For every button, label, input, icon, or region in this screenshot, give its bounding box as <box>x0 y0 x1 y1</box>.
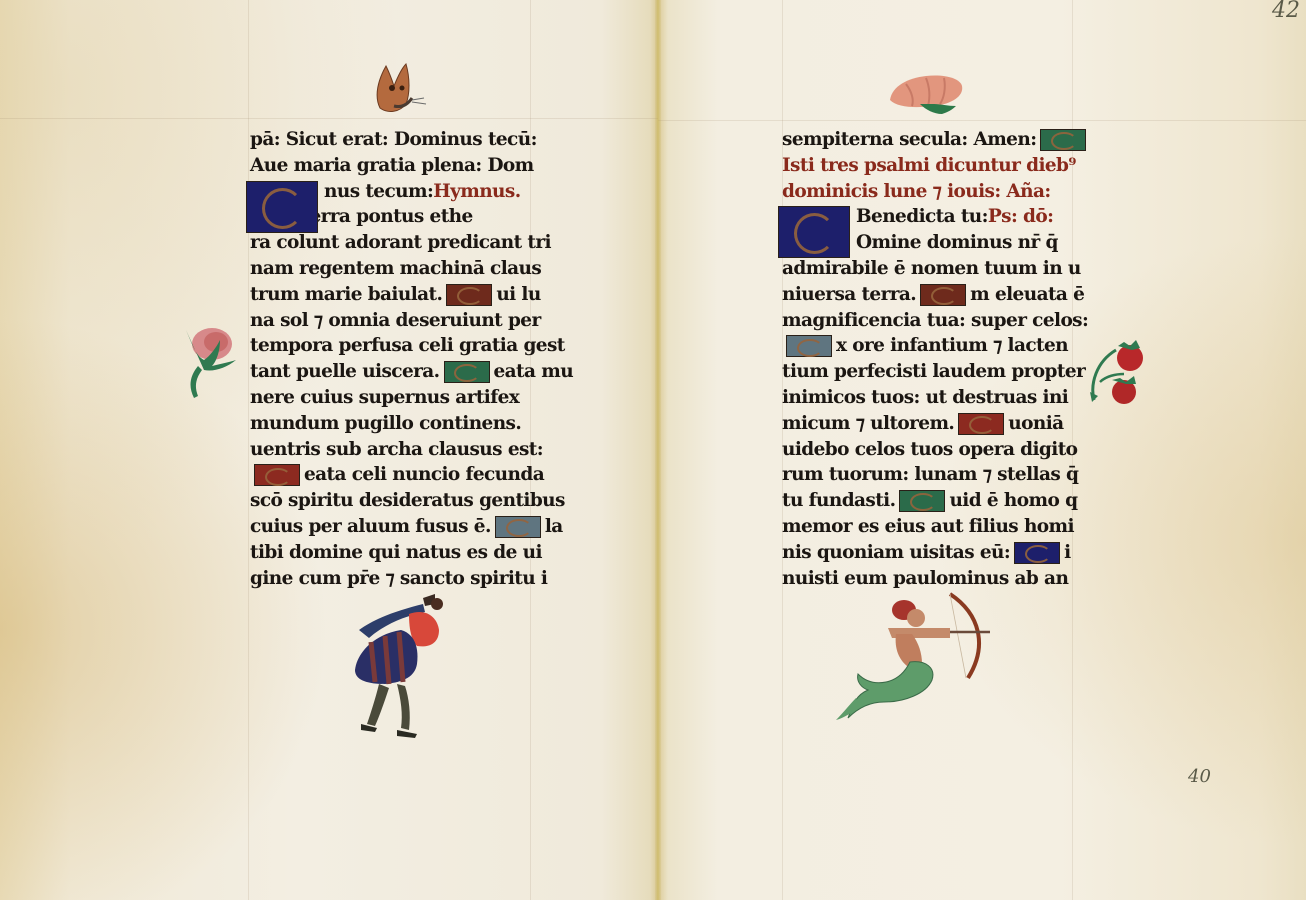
script-text: tempora perfusa celi gratia gest <box>250 333 565 359</box>
script-text: tu fundasti. <box>782 488 895 514</box>
script-text: uidebo celos tuos opera digito <box>782 437 1077 463</box>
gutter-fold <box>655 0 661 900</box>
script-text: la <box>545 514 563 540</box>
text-line: niuersa terra. m eleuata ē <box>782 282 1090 308</box>
manuscript-spread: pā: Sicut erat: Dominus tecū:Aue maria g… <box>0 0 1306 900</box>
script-text: magnificencia tua: super celos: <box>782 308 1088 334</box>
script-text: tant puelle uiscera. <box>250 359 440 385</box>
script-text: nuisti eum paulominus ab an <box>782 566 1068 592</box>
rose-flower-icon <box>886 70 966 118</box>
man-blowing-horn-icon <box>345 590 445 740</box>
illuminated-initial <box>446 284 492 306</box>
script-text: Aue maria gratia plena: Dom <box>250 153 534 179</box>
folio-number-top: 42 <box>1272 0 1300 23</box>
right-page: sempiterna secula: Amen: Isti tres psalm… <box>658 0 1306 900</box>
text-line: memor es eius aut filius homi <box>782 514 1090 540</box>
text-line: trum marie baiulat. ui lu <box>250 282 573 308</box>
text-line: nuisti eum paulominus ab an <box>782 566 1090 592</box>
script-text: sempiterna secula: Amen: <box>782 127 1036 153</box>
script-text: eata mu <box>494 359 574 385</box>
script-text: Omine dominus nr̄ q̄ <box>856 230 1058 256</box>
text-line: micum ⁊ ultorem. uoniā <box>782 411 1090 437</box>
script-text: m eleuata ē <box>970 282 1084 308</box>
butterfly-icon <box>372 58 432 116</box>
text-line: tu fundasti. uid ē homo q <box>782 488 1090 514</box>
text-line: tant puelle uiscera. eata mu <box>250 359 573 385</box>
script-text: tium perfecisti laudem propter <box>782 359 1085 385</box>
script-text: mundum pugillo continens. <box>250 411 521 437</box>
script-text: scō spiritu desideratus gentibus <box>250 488 565 514</box>
illuminated-initial <box>786 335 832 357</box>
text-line: admirabile ē nomen tuum in u <box>782 256 1090 282</box>
rubric-text: Isti tres psalmi dicuntur dieb⁹ <box>782 153 1076 179</box>
illuminated-initial <box>778 206 850 258</box>
rubric-text: Hymnus. <box>433 179 520 205</box>
text-line: dominicis lune ⁊ iouis: Aña: <box>782 179 1090 205</box>
text-line: cuius per aluum fusus ē. la <box>250 514 573 540</box>
text-line: mundum pugillo continens. <box>250 411 573 437</box>
script-text: ui lu <box>496 282 540 308</box>
script-text: rum tuorum: lunam ⁊ stellas q̄ <box>782 462 1078 488</box>
script-text: ra colunt adorant predicant tri <box>250 230 551 256</box>
script-text: nis quoniam uisitas eū: <box>782 540 1010 566</box>
script-text: niuersa terra. <box>782 282 916 308</box>
illuminated-initial <box>1040 129 1086 151</box>
script-text: na sol ⁊ omnia deseruiunt per <box>250 308 541 334</box>
script-text: admirabile ē nomen tuum in u <box>782 256 1081 282</box>
text-line: pā: Sicut erat: Dominus tecū: <box>250 127 573 153</box>
text-line: tempora perfusa celi gratia gest <box>250 333 573 359</box>
script-text: uoniā <box>1008 411 1063 437</box>
script-text: micum ⁊ ultorem. <box>782 411 954 437</box>
text-line: eata celi nuncio fecunda <box>250 462 573 488</box>
script-text: nus tecum: <box>324 179 433 205</box>
rubric-text: Ps: dō: <box>988 204 1054 230</box>
ruling-line <box>248 0 249 900</box>
script-text: nere cuius supernus artifex <box>250 385 519 411</box>
script-text: uid ē homo q <box>949 488 1077 514</box>
text-line: tium perfecisti laudem propter <box>782 359 1090 385</box>
text-line: gine cum pr̄e ⁊ sancto spiritu i <box>250 566 573 592</box>
script-text: cuius per aluum fusus ē. <box>250 514 491 540</box>
text-line: Isti tres psalmi dicuntur dieb⁹ <box>782 153 1090 179</box>
script-text: pā: Sicut erat: Dominus tecū: <box>250 127 537 153</box>
left-page: pā: Sicut erat: Dominus tecū:Aue maria g… <box>0 0 658 900</box>
text-line: magnificencia tua: super celos: <box>782 308 1090 334</box>
script-text: x ore infantium ⁊ lacten <box>836 333 1068 359</box>
text-line: na sol ⁊ omnia deseruiunt per <box>250 308 573 334</box>
strawberries-icon <box>1086 330 1152 410</box>
text-line: Aue maria gratia plena: Dom <box>250 153 573 179</box>
script-text: eata celi nuncio fecunda <box>304 462 544 488</box>
illuminated-initial <box>920 284 966 306</box>
text-line: nam regentem machinā claus <box>250 256 573 282</box>
folio-number-bottom: 40 <box>1188 766 1211 787</box>
rubric-text: dominicis lune ⁊ iouis: Aña: <box>782 179 1051 205</box>
illuminated-initial <box>1014 542 1060 564</box>
illuminated-initial <box>246 181 318 233</box>
illuminated-initial <box>958 413 1004 435</box>
left-text-block: pā: Sicut erat: Dominus tecū:Aue maria g… <box>250 127 573 591</box>
text-line: uentris sub archa clausus est: <box>250 437 573 463</box>
ruling-line <box>0 118 658 119</box>
script-text: Benedicta tu: <box>856 204 988 230</box>
script-text: inimicos tuos: ut destruas ini <box>782 385 1068 411</box>
script-text: memor es eius aut filius homi <box>782 514 1074 540</box>
right-text-block: sempiterna secula: Amen: Isti tres psalm… <box>782 127 1090 591</box>
text-line: nis quoniam uisitas eū: i <box>782 540 1090 566</box>
text-line: sempiterna secula: Amen: <box>782 127 1090 153</box>
illuminated-initial <box>254 464 300 486</box>
text-line: scō spiritu desideratus gentibus <box>250 488 573 514</box>
script-text: trum marie baiulat. <box>250 282 442 308</box>
script-text: tibi domine qui natus es de ui <box>250 540 542 566</box>
merman-archer-icon <box>830 590 995 725</box>
text-line: rum tuorum: lunam ⁊ stellas q̄ <box>782 462 1090 488</box>
text-line: tibi domine qui natus es de ui <box>250 540 573 566</box>
illuminated-initial <box>444 361 490 383</box>
text-line: x ore infantium ⁊ lacten <box>782 333 1090 359</box>
illuminated-initial <box>899 490 945 512</box>
text-line: ra colunt adorant predicant tri <box>250 230 573 256</box>
script-text: gine cum pr̄e ⁊ sancto spiritu i <box>250 566 547 592</box>
text-line: nere cuius supernus artifex <box>250 385 573 411</box>
illuminated-initial <box>495 516 541 538</box>
script-text: i <box>1064 540 1070 566</box>
script-text: nam regentem machinā claus <box>250 256 541 282</box>
rose-bud-icon <box>176 320 240 404</box>
ruling-line <box>658 120 1306 121</box>
text-line: inimicos tuos: ut destruas ini <box>782 385 1090 411</box>
text-line: uidebo celos tuos opera digito <box>782 437 1090 463</box>
script-text: uentris sub archa clausus est: <box>250 437 543 463</box>
